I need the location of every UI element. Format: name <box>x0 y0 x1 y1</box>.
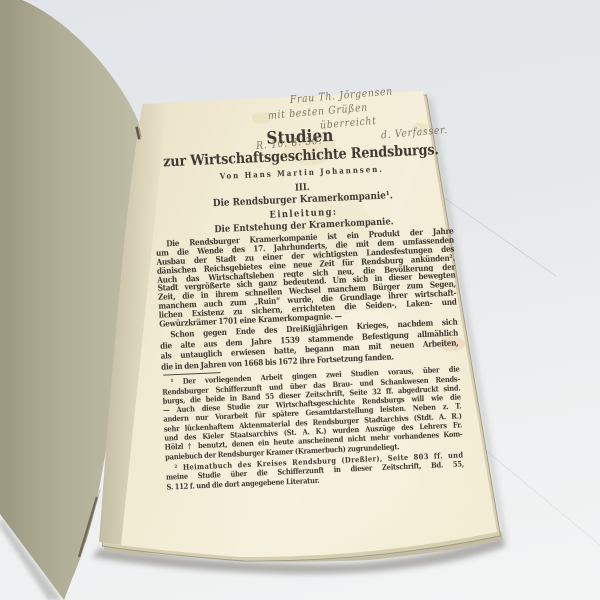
footnote-1: ¹ Der vorliegenden Arbeit gingen zwei St… <box>162 365 464 462</box>
paragraph-1-lines: Die Rendsburger Kramerkompanie ist ein P… <box>155 227 456 320</box>
paragraph-1: Die Rendsburger Kramerkompanie ist ein P… <box>155 227 457 329</box>
photo-of-open-booklet: Frau Th. Jörgensen mit besten Grüßen übe… <box>0 0 600 600</box>
footnote-1-lines: ¹ Der vorliegenden Arbeit gingen zwei St… <box>162 365 463 453</box>
title-page-content: Frau Th. Jörgensen mit besten Grüßen übe… <box>149 82 464 492</box>
